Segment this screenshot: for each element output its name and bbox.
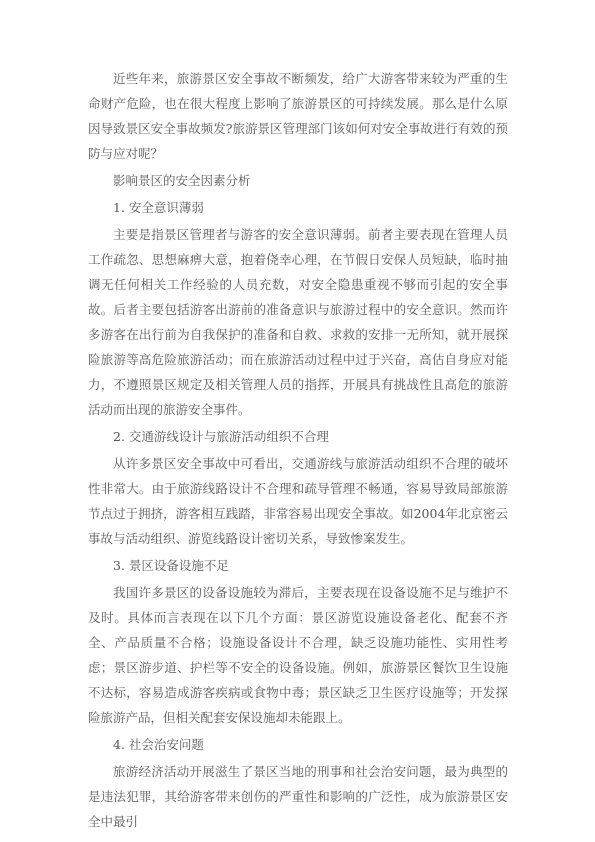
paragraph-3: 我国许多景区的设备设施较为滞后，主要表现在设备设施不足与维护不及时。具体而言表现…	[88, 580, 508, 730]
intro-paragraph: 近些年来，旅游景区安全事故不断频发，给广大游客带来较为严重的生命财产危险，也在很…	[88, 66, 508, 166]
paragraph-1: 主要是指景区管理者与游客的安全意识薄弱。前者主要表现在管理人员工作疏忽、思想麻痹…	[88, 222, 508, 422]
document-page: 近些年来，旅游景区安全事故不断频发，给广大游客带来较为严重的生命财产危险，也在很…	[0, 0, 595, 842]
subheading-2: 2. 交通游线设计与旅游活动组织不合理	[88, 424, 508, 449]
paragraph-4-truncated: 旅游经济活动开展滋生了景区当地的刑事和社会治安问题，最为典型的是违法犯罪，其给游…	[88, 759, 508, 834]
subheading-4: 4. 社会治安问题	[88, 732, 508, 757]
subheading-3: 3. 景区设备设施不足	[88, 553, 508, 578]
section-title: 影响景区的安全因素分析	[88, 168, 508, 193]
subheading-1: 1. 安全意识薄弱	[88, 195, 508, 220]
paragraph-2: 从许多景区安全事故中可看出，交通游线与旅游活动组织不合理的破坏性非常大。由于旅游…	[88, 451, 508, 551]
document-body: 近些年来，旅游景区安全事故不断频发，给广大游客带来较为严重的生命财产危险，也在很…	[88, 66, 508, 836]
